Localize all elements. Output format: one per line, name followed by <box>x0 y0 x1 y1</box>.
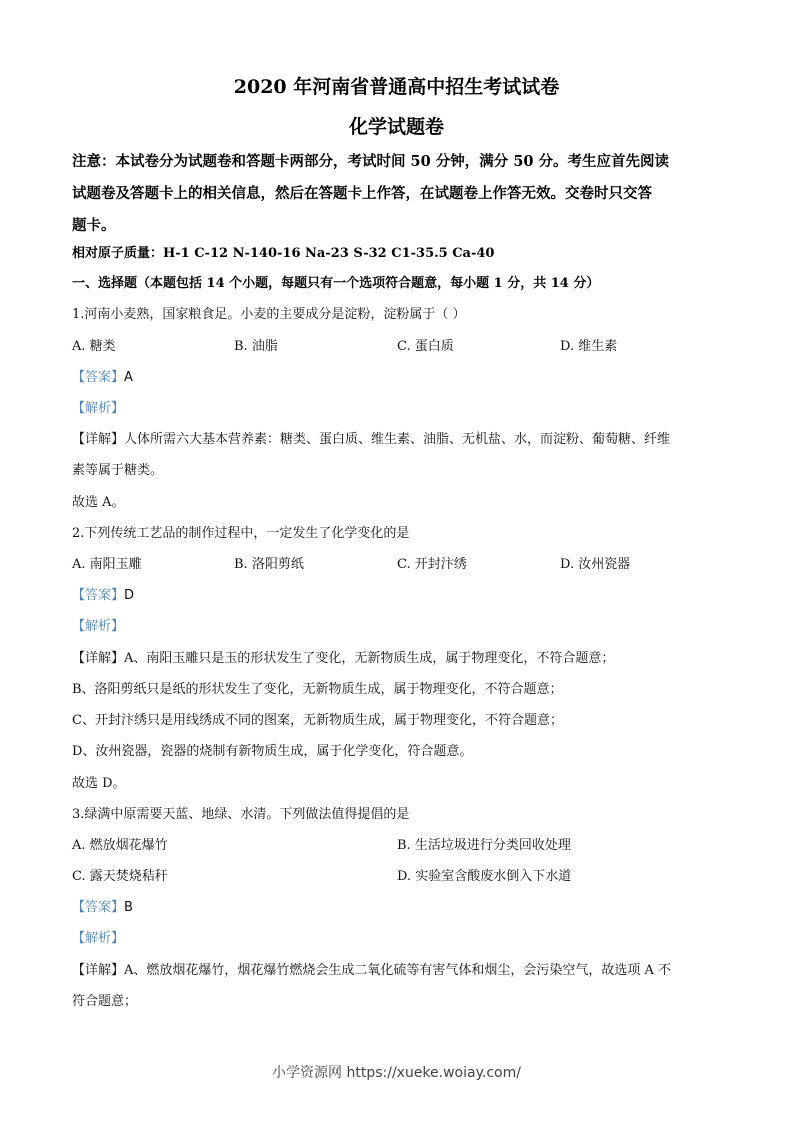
detail-line: B、洛阳剪纸只是纸的形状发生了变化，无新物质生成，属于物理变化，不符合题意； <box>72 681 563 699</box>
answer-label: 【答案】 <box>72 900 124 915</box>
answer-label: 【答案】 <box>72 370 124 385</box>
detail-line: 符合题意； <box>72 993 137 1011</box>
conclusion-2: 故选 D。 <box>72 775 126 793</box>
question-stem-1: 1.河南小麦熟，国家粮食足。小麦的主要成分是淀粉，淀粉属于（ ） <box>72 306 466 324</box>
option-2d: D. 汝州瓷器 <box>560 556 630 574</box>
answer-row-2: 【答案】D <box>72 587 134 605</box>
answer-label: 【答案】 <box>72 588 124 603</box>
option-1a: A. 糖类 <box>72 338 116 356</box>
detail-label: 【详解】 <box>72 963 124 978</box>
detail-label: 【详解】 <box>72 432 124 447</box>
atomic-masses: 相对原子质量：H-1 C-12 N-140-16 Na-23 S-32 C1-3… <box>72 245 494 263</box>
detail-line: C、开封汴绣只是用线绣成不同的图案，无新物质生成，属于物理变化，不符合题意； <box>72 712 563 730</box>
option-1c: C. 蛋白质 <box>397 338 454 356</box>
option-3c: C. 露天焚烧秸秆 <box>72 868 168 886</box>
option-3b: B. 生活垃圾进行分类回收处理 <box>397 837 571 855</box>
option-2b: B. 洛阳剪纸 <box>234 556 304 574</box>
notice-line: 试题卷及答题卡上的相关信息，然后在答题卡上作答，在试题卷上作答无效。交卷时只交答 <box>72 178 722 210</box>
notice-line: 注意：本试卷分为试题卷和答题卡两部分，考试时间 50 分钟，满分 50 分。考生… <box>72 146 722 178</box>
detail-line: 【详解】人体所需六大基本营养素：糖类、蛋白质、维生素、油脂、无机盐、水，而淀粉、… <box>72 431 670 449</box>
document-subtitle: 化学试题卷 <box>0 112 793 139</box>
option-1d: D. 维生素 <box>560 338 617 356</box>
detail-label: 【详解】 <box>72 651 124 666</box>
document-page: 2020 年河南省普通高中招生考试试卷 化学试题卷 注意：本试卷分为试题卷和答题… <box>0 0 793 1122</box>
answer-row-1: 【答案】A <box>72 369 133 387</box>
option-3a: A. 燃放烟花爆竹 <box>72 837 168 855</box>
notice-line: 题卡。 <box>72 210 722 242</box>
detail-line: D、汝州瓷器，瓷器的烧制有新物质生成，属于化学变化，符合题意。 <box>72 743 472 761</box>
analysis-label: 【解析】 <box>72 930 124 948</box>
question-stem-2: 2.下列传统工艺品的制作过程中，一定发生了化学变化的是 <box>72 525 409 543</box>
conclusion-1: 故选 A。 <box>72 494 125 512</box>
option-2c: C. 开封汴绣 <box>397 556 467 574</box>
answer-row-3: 【答案】B <box>72 899 133 917</box>
detail-line: 【详解】A、南阳玉雕只是玉的形状发生了变化，无新物质生成，属于物理变化，不符合题… <box>72 650 614 668</box>
answer-value: B <box>124 900 133 915</box>
answer-value: D <box>124 588 134 603</box>
detail-line: 【详解】A、燃放烟花爆竹，烟花爆竹燃烧会生成二氧化硫等有害气体和烟尘，会污染空气… <box>72 962 671 980</box>
option-2a: A. 南阳玉雕 <box>72 556 142 574</box>
footer-watermark: 小学资源网 https://xueke.woiay.com/ <box>0 1062 793 1082</box>
document-title: 2020 年河南省普通高中招生考试试卷 <box>0 72 793 99</box>
detail-line: 素等属于糖类。 <box>72 462 163 480</box>
question-stem-3: 3.绿满中原需要天蓝、地绿、水清。下列做法值得提倡的是 <box>72 806 409 824</box>
section-heading: 一、选择题（本题包括 14 个小题，每题只有一个选项符合题意，每小题 1 分，共… <box>72 275 599 293</box>
option-3d: D. 实验室含酸废水倒入下水道 <box>397 868 571 886</box>
option-1b: B. 油脂 <box>234 338 278 356</box>
analysis-label: 【解析】 <box>72 400 124 418</box>
notice-block: 注意：本试卷分为试题卷和答题卡两部分，考试时间 50 分钟，满分 50 分。考生… <box>72 146 722 242</box>
answer-value: A <box>124 370 133 385</box>
analysis-label: 【解析】 <box>72 618 124 636</box>
